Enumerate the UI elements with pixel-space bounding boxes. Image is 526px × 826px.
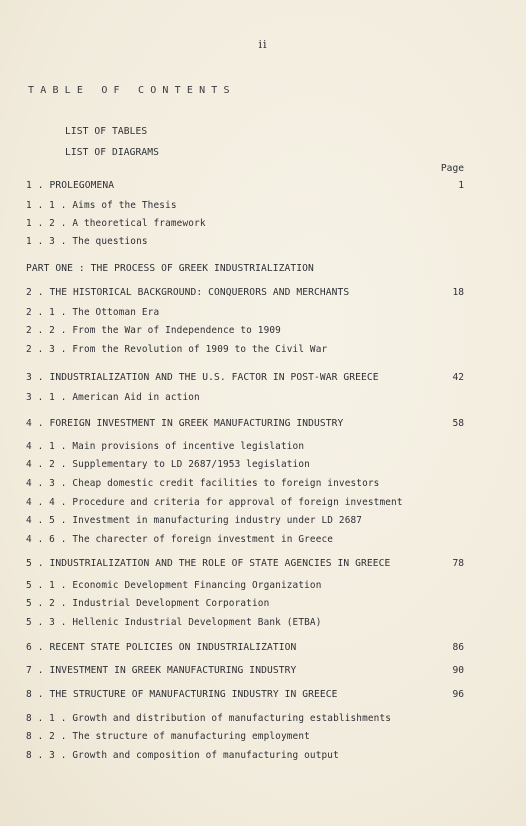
toc-entry-number: 4 . 1 . — [26, 441, 67, 452]
toc-section-entry[interactable]: 8 . 3 . Growth and composition of manufa… — [26, 750, 339, 762]
toc-entry-number: 5 . 3 . — [26, 617, 67, 628]
toc-entry-title: INDUSTRIALIZATION AND THE U.S. FACTOR IN… — [50, 372, 379, 383]
toc-entry-number: 1 . 2 . — [26, 218, 67, 229]
toc-section-entry[interactable]: 2 . 3 . From the Revolution of 1909 to t… — [26, 344, 327, 356]
toc-entry-number: 4 . — [26, 418, 44, 429]
toc-chapter-entry[interactable]: 6 . RECENT STATE POLICIES ON INDUSTRIALI… — [26, 642, 296, 654]
toc-section-entry[interactable]: 5 . 1 . Economic Development Financing O… — [26, 580, 322, 592]
toc-entry-title: The charecter of foreign investment in G… — [72, 534, 333, 545]
toc-entry-number: 6 . — [26, 642, 44, 653]
toc-entry-title: Growth and composition of manufacturing … — [72, 750, 339, 761]
page-number: ii — [0, 38, 526, 51]
toc-entry-number: 4 . 6 . — [26, 534, 67, 545]
toc-entry-title: The Ottoman Era — [72, 307, 159, 318]
toc-section-entry[interactable]: 4 . 1 . Main provisions of incentive leg… — [26, 441, 304, 453]
toc-entry-title: From the War of Independence to 1909 — [72, 325, 281, 336]
toc-entry-number: 3 . 1 . — [26, 392, 67, 403]
toc-entry-number: 1 . 3 . — [26, 236, 67, 247]
toc-section-entry[interactable]: 4 . 6 . The charecter of foreign investm… — [26, 534, 333, 546]
toc-entry-number: 8 . 1 . — [26, 713, 67, 724]
toc-entry-title: Supplementary to LD 2687/1953 legislatio… — [72, 459, 310, 470]
toc-entry-title: PROLEGOMENA — [50, 180, 115, 191]
toc-entry-title: A theoretical framework — [72, 218, 205, 229]
toc-section-entry[interactable]: 2 . 1 . The Ottoman Era — [26, 307, 159, 319]
toc-section-entry[interactable]: 4 . 3 . Cheap domestic credit facilities… — [26, 478, 379, 490]
toc-chapter-entry[interactable]: 1 . PROLEGOMENA — [26, 180, 114, 192]
toc-entry-title: PART ONE : THE PROCESS OF GREEK INDUSTRI… — [26, 263, 314, 274]
toc-entry-number: 2 . — [26, 287, 44, 298]
toc-chapter-entry[interactable]: 5 . INDUSTRIALIZATION AND THE ROLE OF ST… — [26, 558, 390, 570]
toc-section-entry[interactable]: 1 . 2 . A theoretical framework — [26, 218, 206, 230]
toc-entry-number: 4 . 2 . — [26, 459, 67, 470]
toc-list-of-tables[interactable]: LIST OF TABLES — [65, 126, 147, 138]
toc-entry-page: 1 — [424, 180, 464, 192]
toc-entry-page: 96 — [424, 689, 464, 701]
toc-entry-page: 90 — [424, 665, 464, 677]
toc-entry-number: 4 . 4 . — [26, 497, 67, 508]
toc-entry-number: 5 . 1 . — [26, 580, 67, 591]
toc-entry-title: Industrial Development Corporation — [72, 598, 269, 609]
toc-entry-title: Economic Development Financing Organizat… — [72, 580, 321, 591]
toc-entry-number: 8 . 3 . — [26, 750, 67, 761]
toc-entry-title: From the Revolution of 1909 to the Civil… — [72, 344, 327, 355]
toc-entry-title: Hellenic Industrial Development Bank (ET… — [72, 617, 321, 628]
toc-entry-title: INDUSTRIALIZATION AND THE ROLE OF STATE … — [50, 558, 391, 569]
toc-entry-title: The questions — [72, 236, 147, 247]
toc-entry-number: 4 . 5 . — [26, 515, 67, 526]
toc-list-of-diagrams[interactable]: LIST OF DIAGRAMS — [65, 147, 159, 159]
toc-chapter-entry[interactable]: 8 . THE STRUCTURE OF MANUFACTURING INDUS… — [26, 689, 337, 701]
toc-entry-title: THE STRUCTURE OF MANUFACTURING INDUSTRY … — [50, 689, 338, 700]
toc-entry-number: 3 . — [26, 372, 44, 383]
toc-section-entry[interactable]: 5 . 3 . Hellenic Industrial Development … — [26, 617, 322, 629]
toc-entry-title: Aims of the Thesis — [72, 200, 176, 211]
toc-entry-number: 2 . 2 . — [26, 325, 67, 336]
toc-chapter-entry[interactable]: 7 . INVESTMENT IN GREEK MANUFACTURING IN… — [26, 665, 296, 677]
toc-entry-title: Main provisions of incentive legislation — [72, 441, 304, 452]
toc-section-entry[interactable]: 1 . 1 . Aims of the Thesis — [26, 200, 177, 212]
toc-entry-title: THE HISTORICAL BACKGROUND: CONQUERORS AN… — [50, 287, 350, 298]
toc-entry-number: 7 . — [26, 665, 44, 676]
toc-entry-number: 2 . 1 . — [26, 307, 67, 318]
toc-section-entry[interactable]: 2 . 2 . From the War of Independence to … — [26, 325, 281, 337]
toc-entry-number: 5 . — [26, 558, 44, 569]
toc-entry-title: Procedure and criteria for approval of f… — [72, 497, 402, 508]
page-column-header: Page — [424, 163, 464, 175]
toc-chapter-entry[interactable]: 4 . FOREIGN INVESTMENT IN GREEK MANUFACT… — [26, 418, 343, 430]
toc-entry-number: 1 . — [26, 180, 44, 191]
toc-part-heading[interactable]: PART ONE : THE PROCESS OF GREEK INDUSTRI… — [26, 263, 314, 275]
toc-entry-page: 58 — [424, 418, 464, 430]
toc-entry-page: 42 — [424, 372, 464, 384]
toc-entry-number: 2 . 3 . — [26, 344, 67, 355]
toc-section-entry[interactable]: 1 . 3 . The questions — [26, 236, 148, 248]
toc-entry-title: Investment in manufacturing industry und… — [72, 515, 362, 526]
toc-entry-number: 8 . — [26, 689, 44, 700]
toc-chapter-entry[interactable]: 3 . INDUSTRIALIZATION AND THE U.S. FACTO… — [26, 372, 379, 384]
toc-entry-title: Growth and distribution of manufacturing… — [72, 713, 391, 724]
toc-entry-title: The structure of manufacturing employmen… — [72, 731, 310, 742]
toc-entry-page: 18 — [424, 287, 464, 299]
toc-entry-number: 4 . 3 . — [26, 478, 67, 489]
toc-entry-title: RECENT STATE POLICIES ON INDUSTRIALIZATI… — [50, 642, 297, 653]
toc-section-entry[interactable]: 8 . 2 . The structure of manufacturing e… — [26, 731, 310, 743]
toc-entry-number: 1 . 1 . — [26, 200, 67, 211]
toc-entry-title: FOREIGN INVESTMENT IN GREEK MANUFACTURIN… — [50, 418, 344, 429]
toc-section-entry[interactable]: 8 . 1 . Growth and distribution of manuf… — [26, 713, 391, 725]
document-page: ii TABLE OF CONTENTS LIST OF TABLES LIST… — [0, 0, 526, 826]
toc-entry-page: 86 — [424, 642, 464, 654]
toc-entry-title: Cheap domestic credit facilities to fore… — [72, 478, 379, 489]
toc-heading: TABLE OF CONTENTS — [28, 85, 236, 96]
toc-section-entry[interactable]: 4 . 5 . Investment in manufacturing indu… — [26, 515, 362, 527]
toc-entry-number: 5 . 2 . — [26, 598, 67, 609]
toc-section-entry[interactable]: 5 . 2 . Industrial Development Corporati… — [26, 598, 269, 610]
toc-section-entry[interactable]: 4 . 4 . Procedure and criteria for appro… — [26, 497, 403, 509]
toc-entry-page: 78 — [424, 558, 464, 570]
toc-entry-number: 8 . 2 . — [26, 731, 67, 742]
toc-entry-title: INVESTMENT IN GREEK MANUFACTURING INDUST… — [50, 665, 297, 676]
toc-section-entry[interactable]: 3 . 1 . American Aid in action — [26, 392, 200, 404]
toc-chapter-entry[interactable]: 2 . THE HISTORICAL BACKGROUND: CONQUEROR… — [26, 287, 349, 299]
toc-section-entry[interactable]: 4 . 2 . Supplementary to LD 2687/1953 le… — [26, 459, 310, 471]
toc-entry-title: American Aid in action — [72, 392, 199, 403]
